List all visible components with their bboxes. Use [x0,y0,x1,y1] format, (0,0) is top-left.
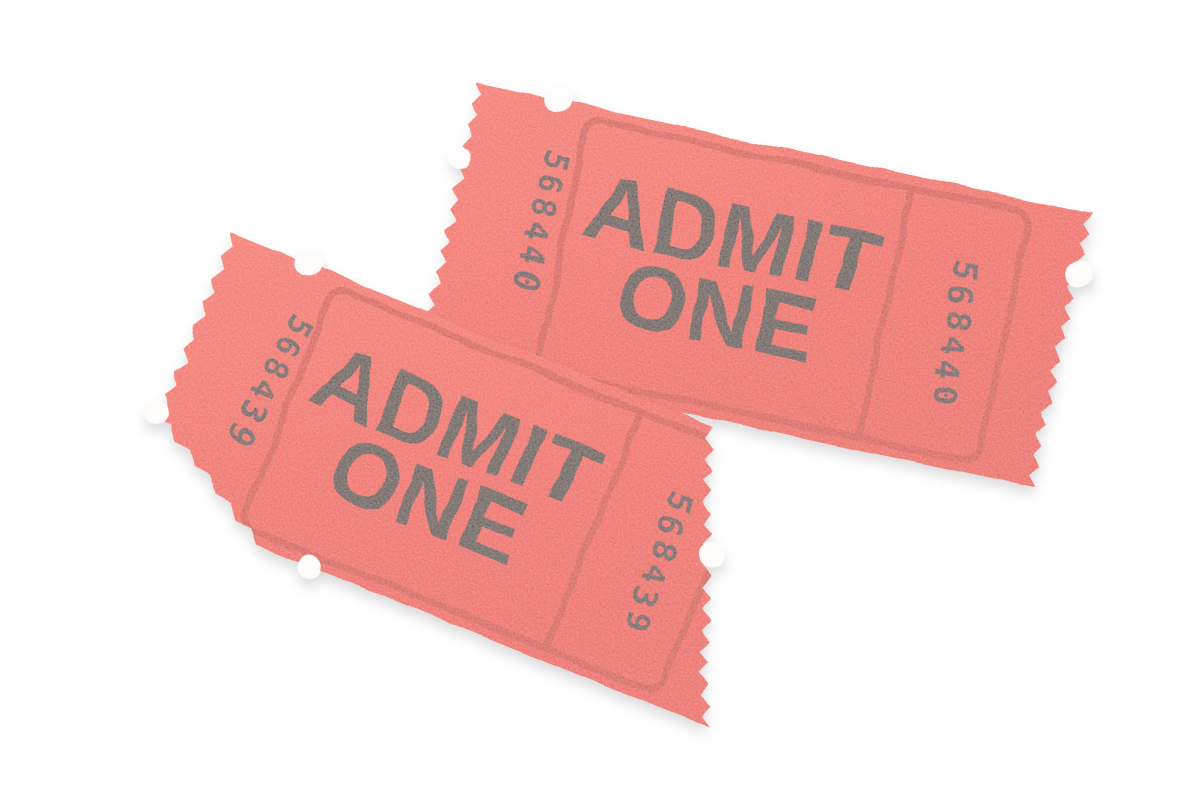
photo-canvas: 568440 ADMIT ONE 568440 568439 ADMIT ONE… [0,0,1200,800]
tickets-photo: 568440 ADMIT ONE 568440 568439 ADMIT ONE… [0,0,1200,800]
